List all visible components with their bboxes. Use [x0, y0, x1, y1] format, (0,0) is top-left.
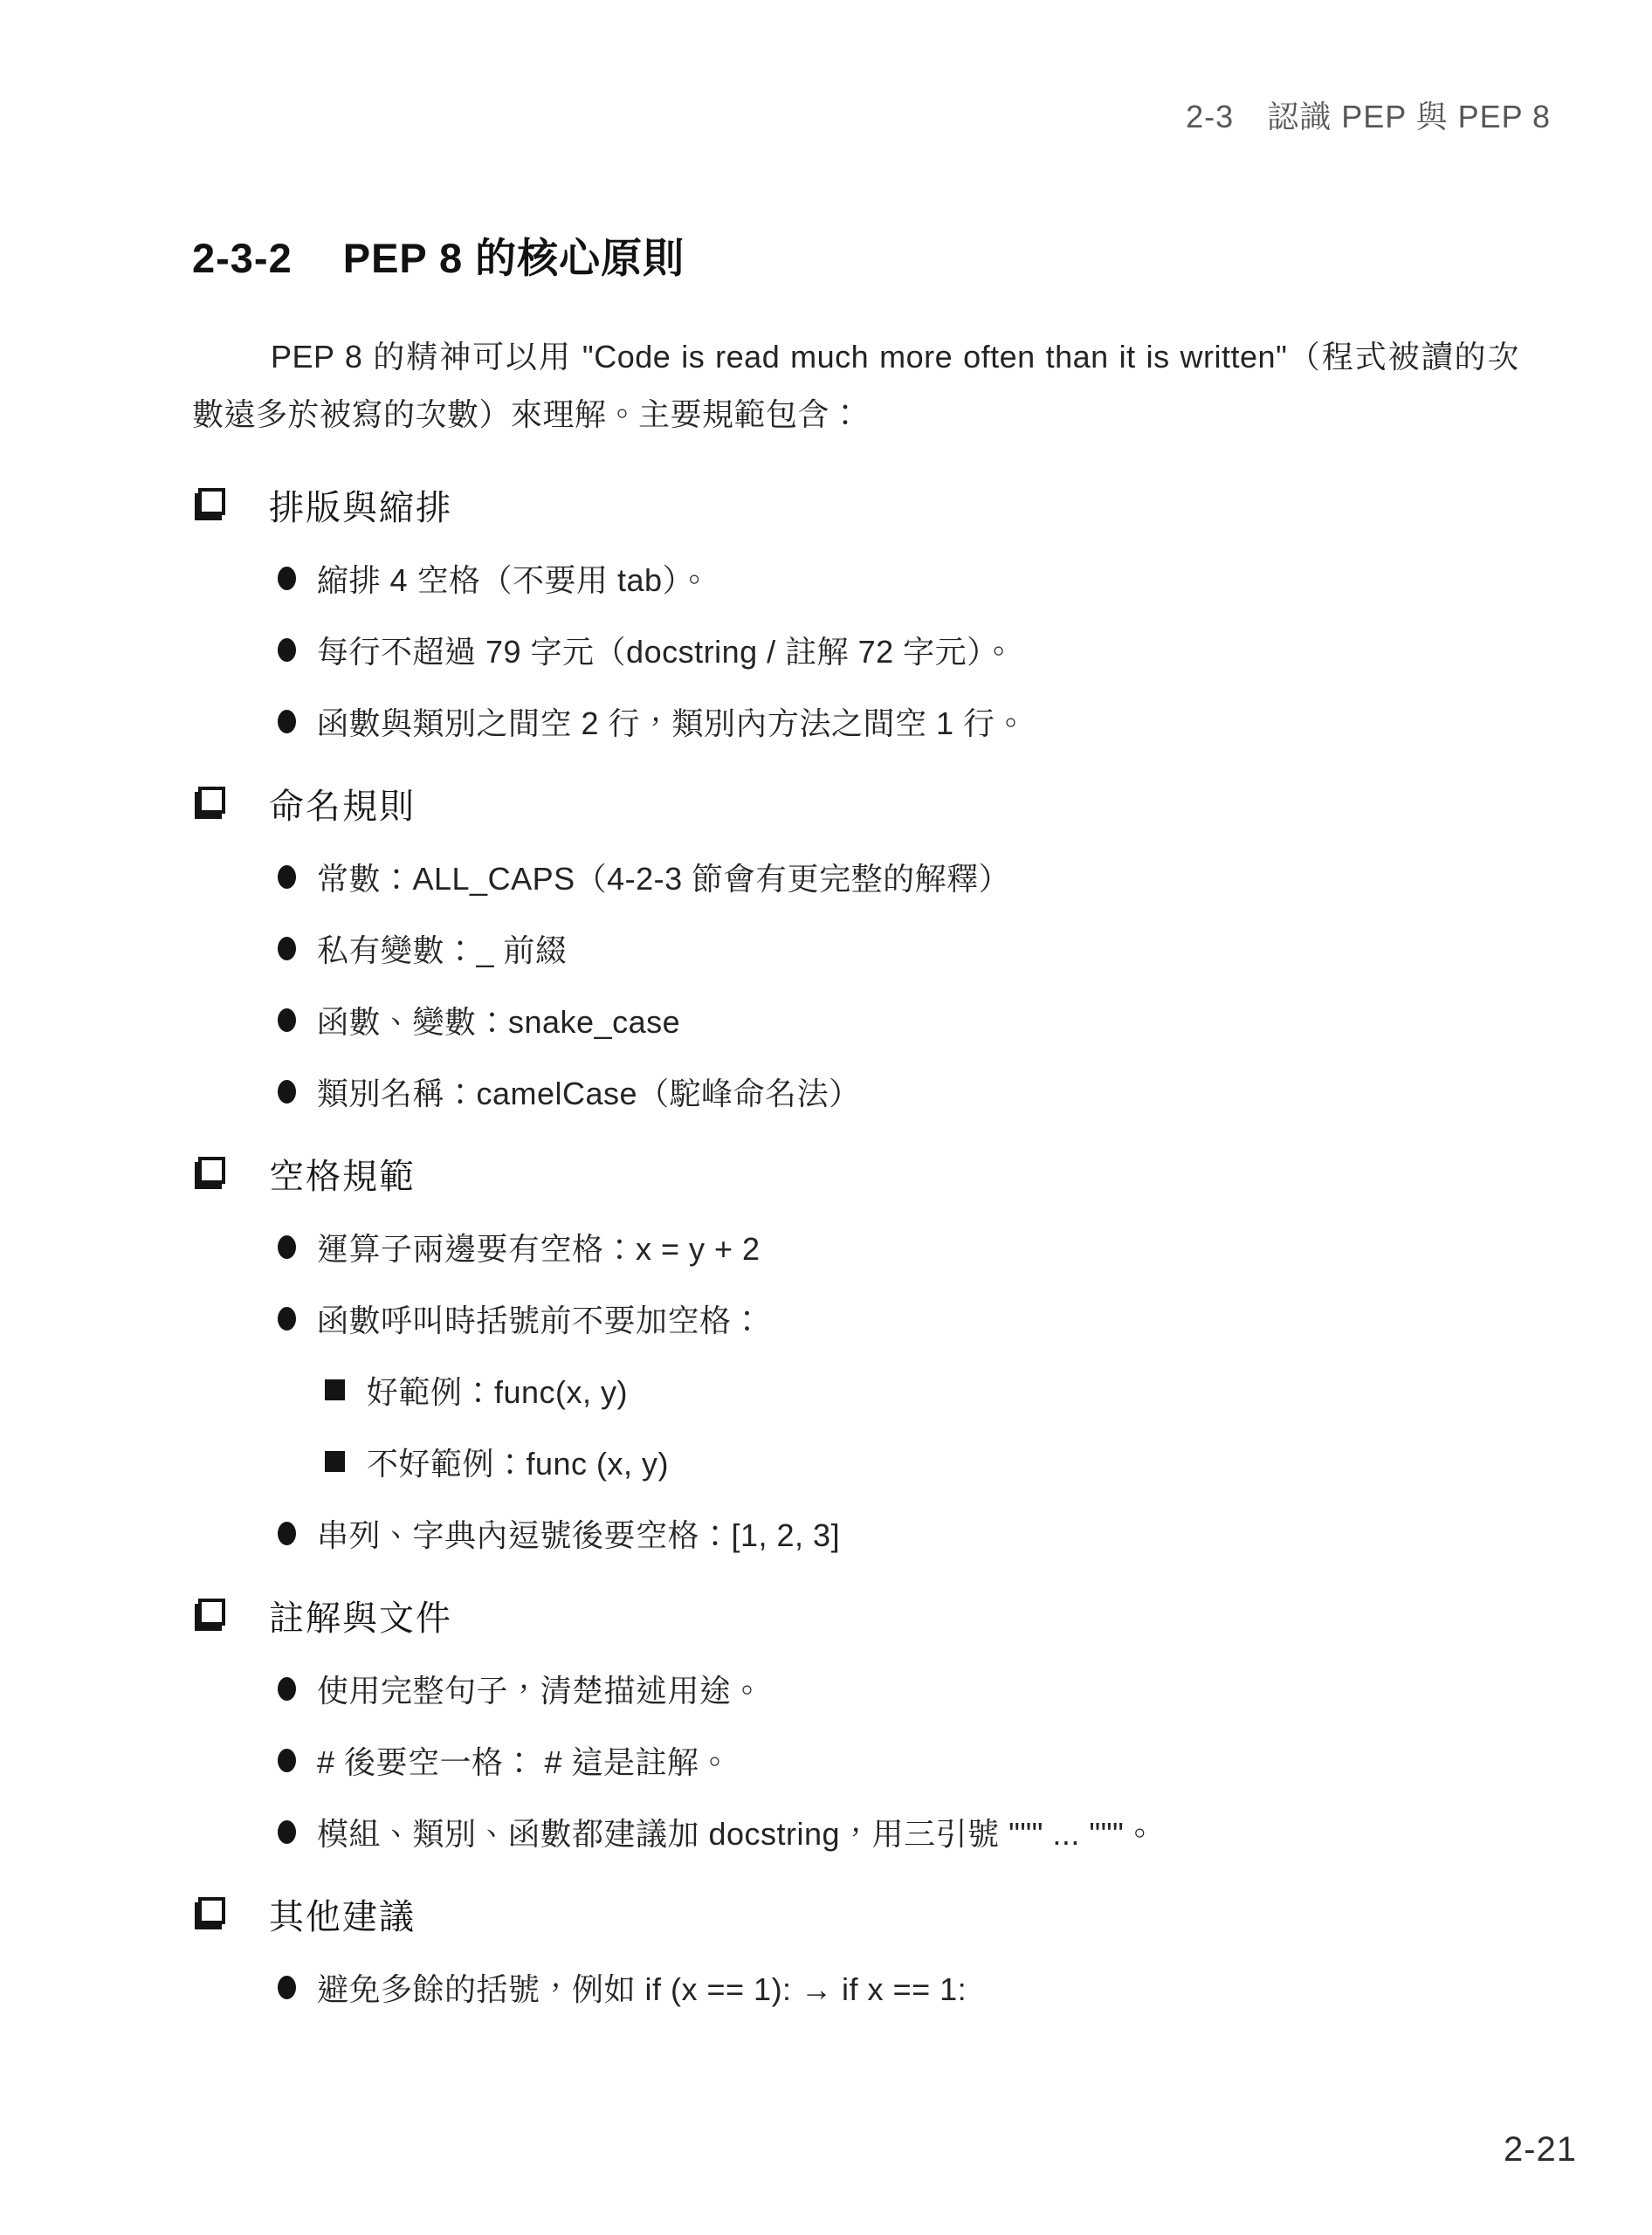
circle-bullet-icon: [278, 1749, 296, 1772]
circle-bullet-icon: [278, 937, 296, 960]
square-shadow-bullet-icon: [198, 1897, 225, 1924]
list-item: 私有變數：_ 前綴: [278, 927, 1652, 969]
circle-bullet-icon: [278, 1080, 296, 1104]
subsection-heading: 註解與文件: [269, 1591, 452, 1640]
list-item-text: 函數與類別之間空 2 行，類別內方法之間空 1 行。: [317, 699, 1027, 744]
list-item: 每行不超過 79 字元（docstring / 註解 72 字元）。: [278, 629, 1652, 670]
list-item-text: 不好範例：func (x, y): [367, 1440, 669, 1484]
square-shadow-bullet-icon: [198, 1157, 225, 1184]
square-filled-bullet-icon: [325, 1451, 345, 1472]
list-item: 使用完整句子，清楚描述用途。: [278, 1668, 1652, 1709]
list-item-text: 類別名稱：camelCase（駝峰命名法）: [317, 1069, 861, 1114]
circle-bullet-icon: [278, 1976, 296, 1999]
circle-bullet-icon: [278, 1522, 296, 1545]
list-item: 函數、變數：snake_case: [278, 999, 1652, 1041]
square-filled-bullet-icon: [325, 1379, 345, 1400]
list-item-text: # 後要空一格： # 這是註解。: [317, 1738, 731, 1783]
subsection-heading-row: 空格規範: [198, 1151, 1652, 1196]
list-item: 函數呼叫時括號前不要加空格：: [278, 1297, 1652, 1339]
list-item: 類別名稱：camelCase（駝峰命名法）: [278, 1070, 1652, 1112]
book-page: 2-3 認識 PEP 與 PEP 8 2-3-2 PEP 8 的核心原則 PEP…: [0, 0, 1652, 2235]
circle-bullet-icon: [278, 1008, 296, 1032]
list-item: 串列、字典內逗號後要空格：[1, 2, 3]: [278, 1512, 1652, 1554]
subsection-heading: 排版與縮排: [269, 480, 452, 530]
subsection-heading: 其他建議: [269, 1889, 416, 1939]
subsection-heading-row: 排版與縮排: [198, 482, 1652, 527]
list-item: 避免多餘的括號，例如 if (x == 1): → if x == 1:: [278, 1966, 1652, 2008]
subsection-heading: 命名規則: [269, 779, 416, 829]
list-item-text: 函數呼叫時括號前不要加空格：: [317, 1296, 763, 1341]
circle-bullet-icon: [278, 865, 296, 889]
sub-list-item: 不好範例：func (x, y): [325, 1441, 1652, 1482]
list-item: # 後要空一格： # 這是註解。: [278, 1739, 1652, 1781]
list-item-text: 私有變數：_ 前綴: [317, 926, 568, 971]
list-item: 運算子兩邊要有空格：x = y + 2: [278, 1226, 1652, 1268]
subsection-heading-row: 命名規則: [198, 781, 1652, 826]
list-item-text: 運算子兩邊要有空格：x = y + 2: [317, 1225, 761, 1269]
heading-text: PEP 8 的核心原則: [343, 234, 685, 283]
subsection-heading-row: 註解與文件: [198, 1592, 1652, 1638]
page-content: 2-3-2 PEP 8 的核心原則 PEP 8 的精神可以用 "Code is …: [0, 0, 1652, 2008]
page-number: 2-21: [1504, 2130, 1577, 2170]
list-item-text: 模組、類別、函數都建議加 docstring，用三引號 """ ... """。: [317, 1810, 1156, 1854]
sub-list-item: 好範例：func(x, y): [325, 1369, 1652, 1411]
list-item-text: 好範例：func(x, y): [367, 1368, 628, 1413]
circle-bullet-icon: [278, 1235, 296, 1259]
heading-number: 2-3-2: [192, 234, 293, 283]
section-title-heading: 2-3-2 PEP 8 的核心原則: [192, 234, 1652, 283]
square-shadow-bullet-icon: [198, 1599, 225, 1626]
square-shadow-bullet-icon: [198, 488, 225, 515]
list-item-text: 縮排 4 空格（不要用 tab）。: [317, 556, 711, 601]
list-item-text: 常數：ALL_CAPS（4-2-3 節會有更完整的解釋）: [317, 855, 1010, 899]
list-item-text: 每行不超過 79 字元（docstring / 註解 72 字元）。: [317, 628, 1015, 672]
subsection-heading-row: 其他建議: [198, 1891, 1652, 1936]
circle-bullet-icon: [278, 567, 296, 590]
circle-bullet-icon: [278, 1677, 296, 1701]
list-item-text: 避免多餘的括號，例如 if (x == 1): → if x == 1:: [317, 1965, 967, 2010]
list-item: 常數：ALL_CAPS（4-2-3 節會有更完整的解釋）: [278, 856, 1652, 897]
list-item: 函數與類別之間空 2 行，類別內方法之間空 1 行。: [278, 700, 1652, 742]
circle-bullet-icon: [278, 710, 296, 733]
circle-bullet-icon: [278, 1307, 296, 1331]
subsection-heading: 空格規範: [269, 1149, 416, 1199]
list-item-text: 使用完整句子，清楚描述用途。: [317, 1667, 763, 1711]
list-item: 縮排 4 空格（不要用 tab）。: [278, 557, 1652, 599]
list-item-text: 串列、字典內逗號後要空格：[1, 2, 3]: [317, 1511, 840, 1556]
circle-bullet-icon: [278, 1820, 296, 1844]
circle-bullet-icon: [278, 638, 296, 662]
square-shadow-bullet-icon: [198, 787, 225, 814]
list-item: 模組、類別、函數都建議加 docstring，用三引號 """ ... """。: [278, 1811, 1652, 1853]
intro-paragraph: PEP 8 的精神可以用 "Code is read much more oft…: [192, 328, 1519, 444]
list-item-text: 函數、變數：snake_case: [317, 998, 680, 1042]
